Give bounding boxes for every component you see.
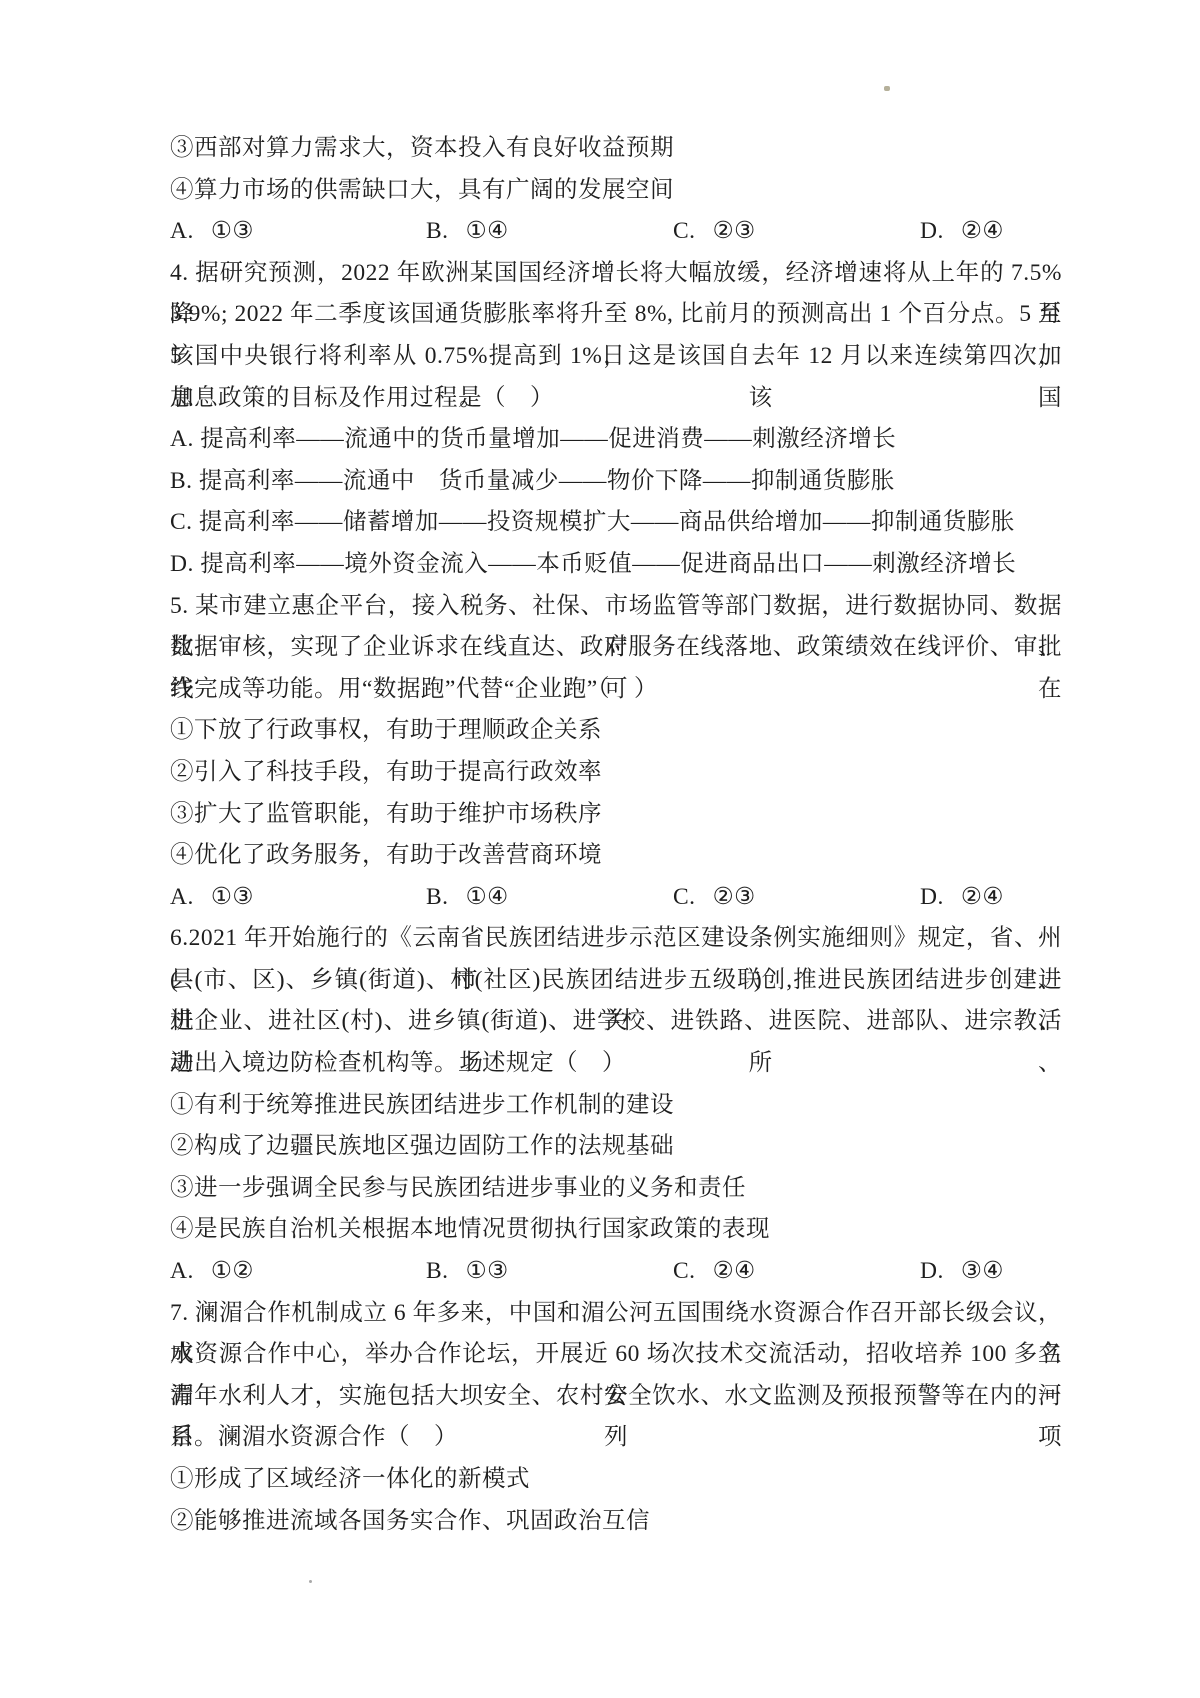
choice-value: ①④ — [466, 211, 509, 253]
choice-option-b: B. ①④ — [426, 211, 509, 253]
question-4: 4. 据研究预测，2022 年欧洲某国国经济增长将大幅放缓，经济增速将从上年的 … — [170, 253, 1062, 586]
choice-option-c: C. ②③ — [673, 211, 756, 253]
item-line: ③进一步强调全民参与民族团结进步事业的义务和责任 — [170, 1168, 1062, 1210]
stem-line: 4. 据研究预测，2022 年欧洲某国国经济增长将大幅放缓，经济增速将从上年的 … — [170, 253, 1062, 295]
option-line-b: B. 提高利率——流通中 货币量减少——物价下降——抑制通货膨胀 — [170, 461, 1062, 503]
choice-option-d: D. ②④ — [920, 211, 1004, 253]
choice-option-c: C. ②③ — [673, 877, 756, 919]
choice-value: ②④ — [961, 211, 1004, 253]
choice-value: ①③ — [211, 877, 254, 919]
choice-label: C. — [673, 1251, 696, 1293]
choice-label: A. — [170, 1251, 194, 1293]
choice-label: D. — [920, 1251, 944, 1293]
item-line: ④是民族自治机关根据本地情况贯彻执行国家政策的表现 — [170, 1209, 1062, 1251]
stem-line: 7. 澜湄合作机制成立 6 年多来，中国和湄公河五国围绕水资源合作召开部长级会议… — [170, 1293, 1062, 1335]
choice-value: ②④ — [713, 1251, 756, 1293]
item-line: ④算力市场的供需缺口大，具有广阔的发展空间 — [170, 170, 1062, 212]
item-line: ③西部对算力需求大，资本投入有良好收益预期 — [170, 128, 1062, 170]
question-5: 5. 某市建立惠企平台，接入税务、社保、市场监管等部门数据，进行数据协同、数据比… — [170, 586, 1062, 919]
item-line: ④优化了政务服务，有助于改善营商环境 — [170, 835, 1062, 877]
choice-row: A. ①③ B. ①④ C. ②③ D. ②④ — [170, 877, 1062, 919]
choice-option-a: A. ①③ — [170, 877, 254, 919]
stem-line: 6.2021 年开始施行的《云南省民族团结进步示范区建设条例实施细则》规定，省、… — [170, 918, 1062, 960]
exam-page: ③西部对算力需求大，资本投入有良好收益预期 ④算力市场的供需缺口大，具有广阔的发… — [0, 0, 1200, 1698]
choice-label: B. — [426, 877, 449, 919]
stem-line: 县(市、区)、乡镇(街道)、村(社区)民族团结进步五级联创,推进民族团结进步创建… — [170, 960, 1062, 1002]
choice-label: B. — [426, 1251, 449, 1293]
choice-value: ②④ — [961, 877, 1004, 919]
choice-label: A. — [170, 877, 194, 919]
stem-line: 水资源合作中心，举办合作论坛，开展近 60 场次技术交流活动，招收培养 100 … — [170, 1334, 1062, 1376]
option-line-d: D. 提高利率——境外资金流入——本币贬值——促进商品出口——刺激经济增长 — [170, 544, 1062, 586]
choice-value: ②③ — [713, 211, 756, 253]
choice-value: ③④ — [961, 1251, 1004, 1293]
stem-line: 进企业、进社区(村)、进乡镇(街道)、进学校、进铁路、进医院、进部队、进宗教活动… — [170, 1001, 1062, 1043]
stem-line: 该国中央银行将利率从 0.75%提高到 1%，这是该国自去年 12 月以来连续第… — [170, 336, 1062, 378]
choice-value: ②③ — [713, 877, 756, 919]
item-line: ②构成了边疆民族地区强边固防工作的法规基础 — [170, 1126, 1062, 1168]
choice-option-a: A. ①② — [170, 1251, 254, 1293]
choice-label: C. — [673, 877, 696, 919]
choice-option-d: D. ②④ — [920, 877, 1004, 919]
option-line-c: C. 提高利率——储蓄增加——投资规模扩大——商品供给增加——抑制通货膨胀 — [170, 502, 1062, 544]
question-6: 6.2021 年开始施行的《云南省民族团结进步示范区建设条例实施细则》规定，省、… — [170, 918, 1062, 1292]
choice-value: ①④ — [466, 877, 509, 919]
scan-smudge-mark — [309, 1580, 312, 1583]
stem-line: 青年水利人才，实施包括大坝安全、农村安全饮水、水文监测及预报预警等在内的一系列项 — [170, 1376, 1062, 1418]
choice-row: A. ①② B. ①③ C. ②④ D. ③④ — [170, 1251, 1062, 1293]
item-line: ①下放了行政事权，有助于理顺政企关系 — [170, 710, 1062, 752]
choice-option-d: D. ③④ — [920, 1251, 1004, 1293]
stem-line: 3.9%; 2022 年二季度该国通货膨胀率将升至 8%, 比前月的预测高出 1… — [170, 294, 1062, 336]
option-line-a: A. 提高利率——流通中的货币量增加——促进消费——刺激经济增长 — [170, 419, 1062, 461]
item-line: ①形成了区域经济一体化的新模式 — [170, 1459, 1062, 1501]
stem-line: 数据审核，实现了企业诉求在线直达、政府服务在线落地、政策绩效在线评价、审批许可在 — [170, 627, 1062, 669]
choice-value: ①② — [211, 1251, 254, 1293]
item-line: ②引入了科技手段，有助于提高行政效率 — [170, 752, 1062, 794]
choice-option-c: C. ②④ — [673, 1251, 756, 1293]
choice-label: C. — [673, 211, 696, 253]
item-line: ①有利于统筹推进民族团结进步工作机制的建设 — [170, 1085, 1062, 1127]
choice-value: ①③ — [466, 1251, 509, 1293]
choice-option-b: B. ①③ — [426, 1251, 509, 1293]
exam-text-block: ③西部对算力需求大，资本投入有良好收益预期 ④算力市场的供需缺口大，具有广阔的发… — [170, 128, 1062, 1542]
item-line: ②能够推进流域各国务实合作、巩固政治互信 — [170, 1501, 1062, 1543]
choice-label: B. — [426, 211, 449, 253]
scan-smudge-mark — [884, 86, 890, 91]
stem-line: 5. 某市建立惠企平台，接入税务、社保、市场监管等部门数据，进行数据协同、数据比… — [170, 586, 1062, 628]
question-7: 7. 澜湄合作机制成立 6 年多来，中国和湄公河五国围绕水资源合作召开部长级会议… — [170, 1293, 1062, 1543]
choice-value: ①③ — [211, 211, 254, 253]
choice-label: D. — [920, 211, 944, 253]
choice-row: A. ①③ B. ①④ C. ②③ D. ②④ — [170, 211, 1062, 253]
choice-option-b: B. ①④ — [426, 877, 509, 919]
question-3-partial: ③西部对算力需求大，资本投入有良好收益预期 ④算力市场的供需缺口大，具有广阔的发… — [170, 128, 1062, 253]
choice-label: A. — [170, 211, 194, 253]
item-line: ③扩大了监管职能，有助于维护市场秩序 — [170, 794, 1062, 836]
choice-label: D. — [920, 877, 944, 919]
choice-option-a: A. ①③ — [170, 211, 254, 253]
